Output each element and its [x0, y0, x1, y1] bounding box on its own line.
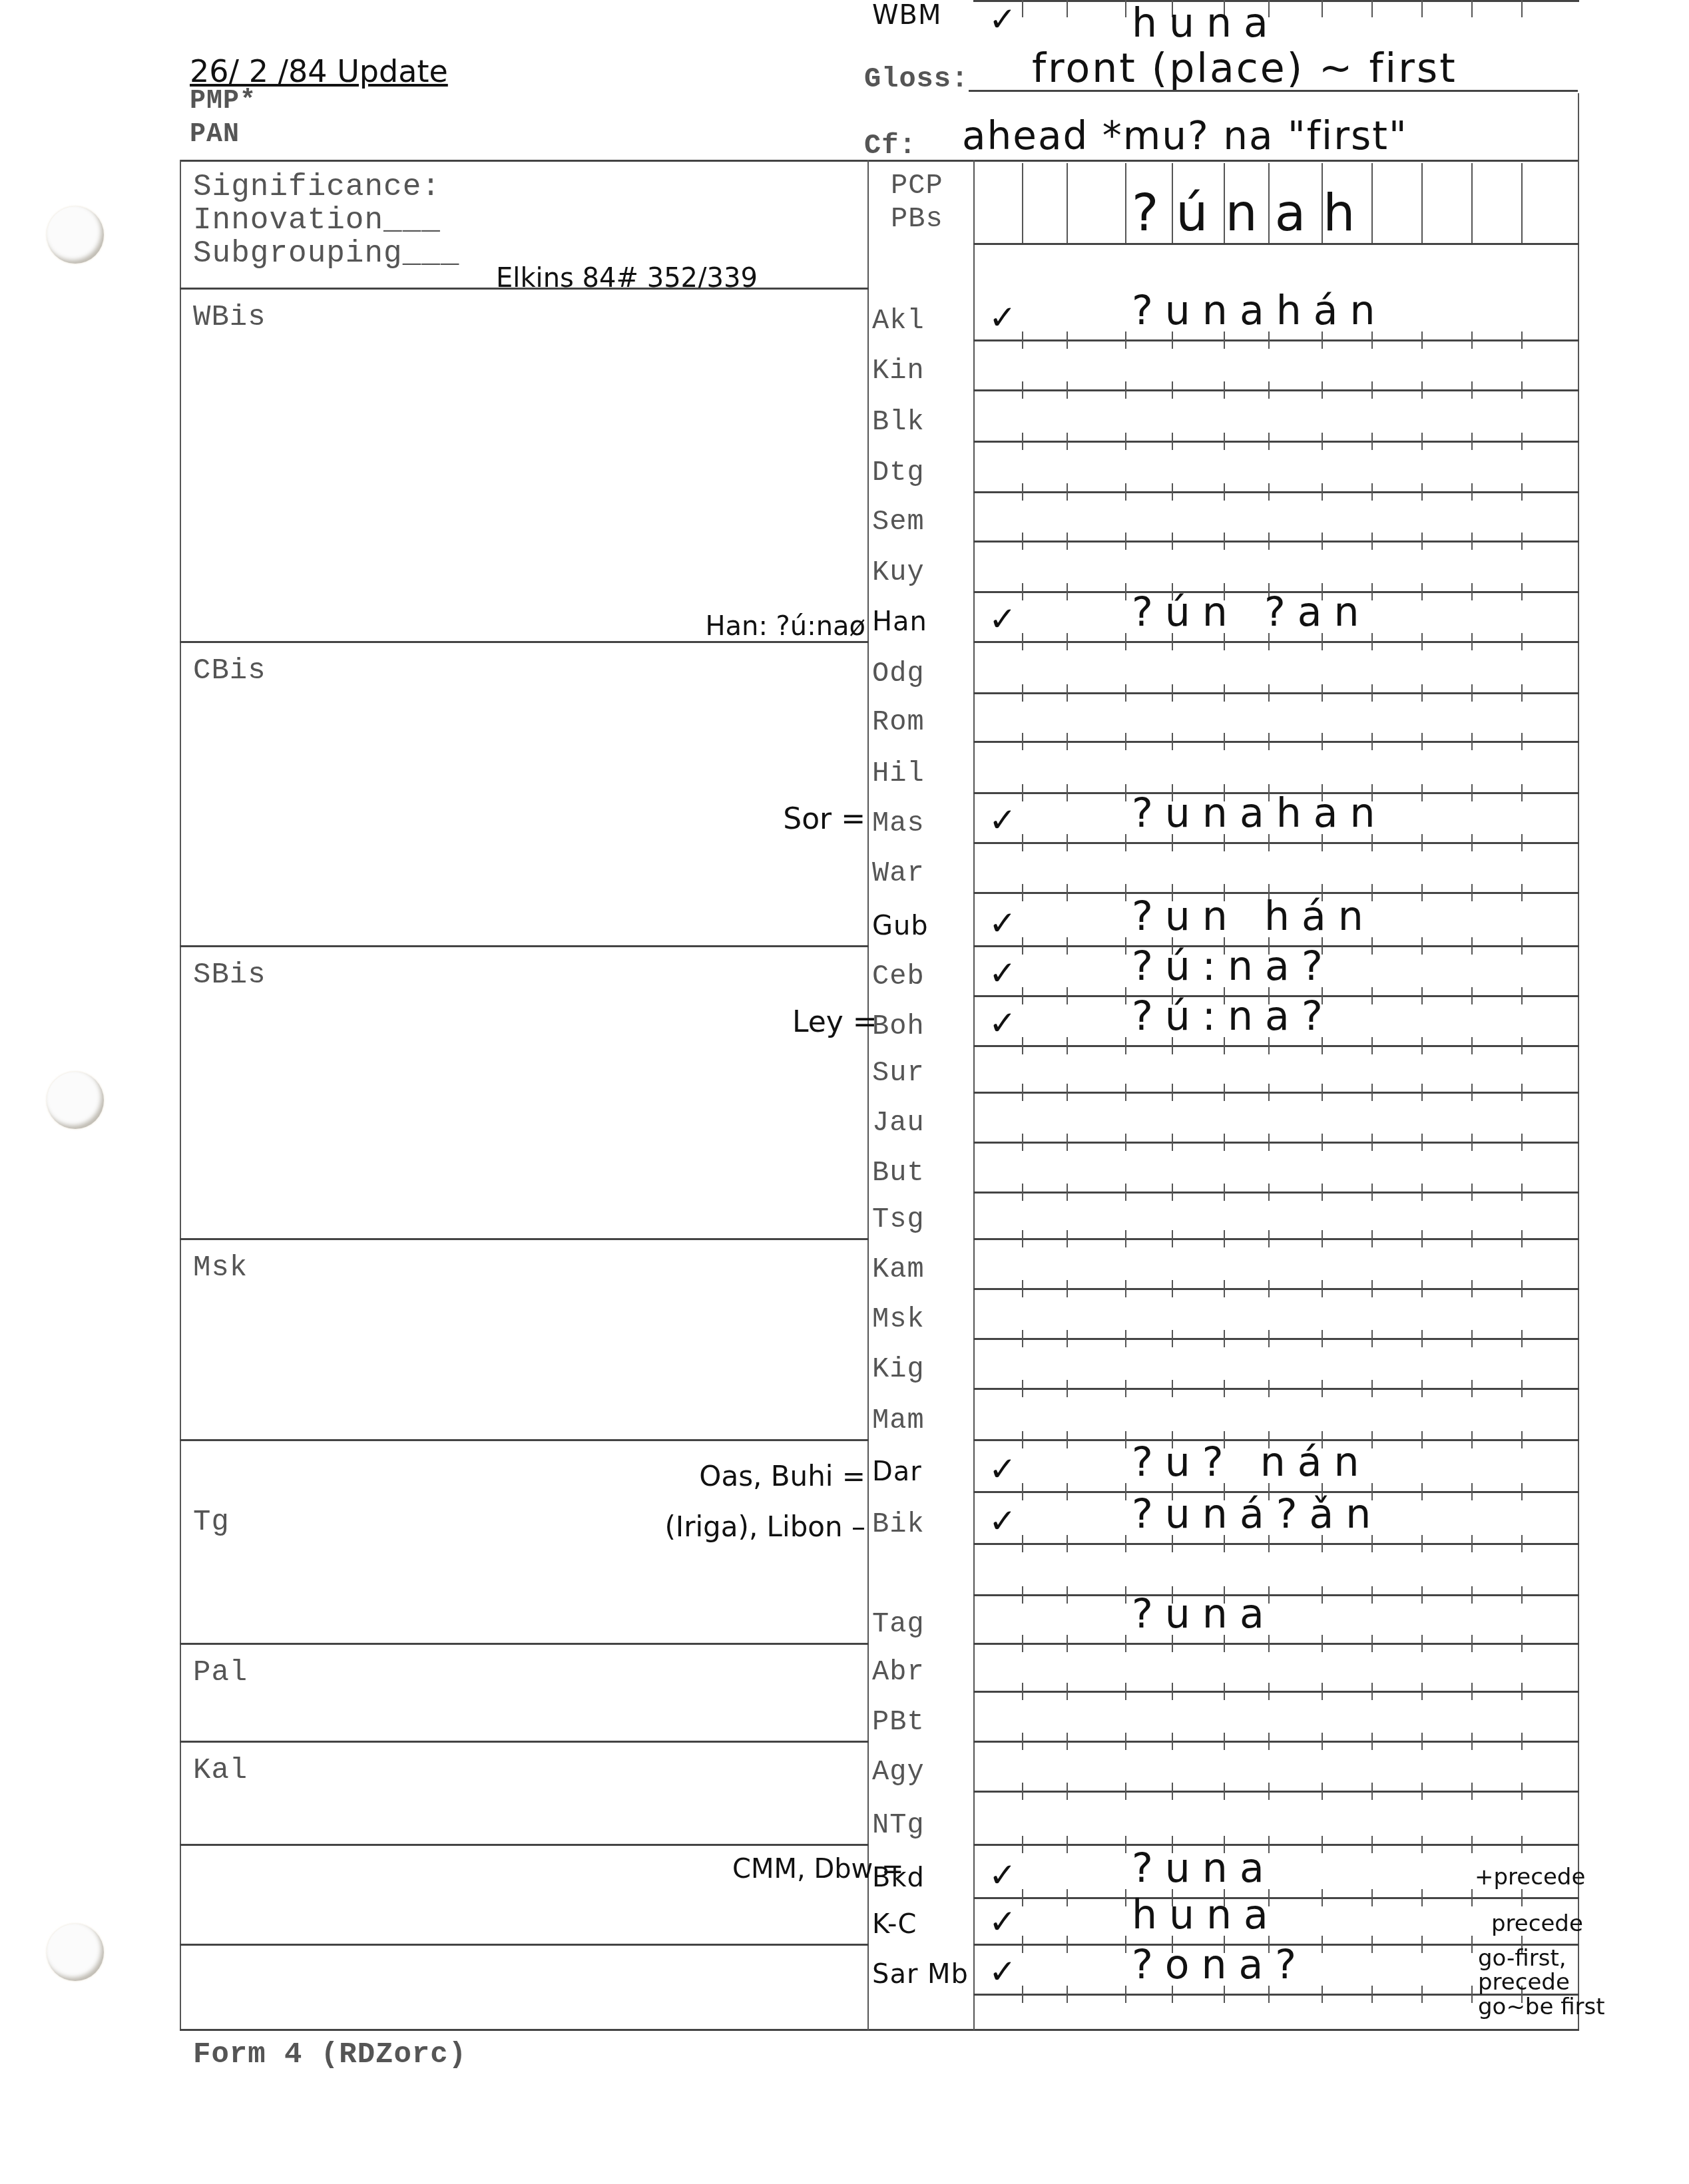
row-tick [1322, 483, 1323, 501]
row-tick [1125, 1936, 1126, 1953]
frame-top [180, 160, 1579, 162]
check-mark: ✓ [989, 1952, 1017, 1991]
row-tick [1067, 381, 1068, 399]
row-tick [1322, 381, 1323, 399]
row-tick [1521, 1733, 1523, 1750]
check-mark: ✓ [989, 1902, 1017, 1941]
row-tick [1322, 1084, 1323, 1101]
punch-hole-bottom [47, 1924, 104, 1981]
row-tick [1125, 1330, 1126, 1347]
section-label: SBis [193, 959, 266, 992]
row-line [973, 1643, 1579, 1645]
language-label: Tag [872, 1608, 972, 1640]
row-tick [1172, 1733, 1173, 1750]
row-tick [1022, 1783, 1023, 1800]
row-line [973, 1741, 1579, 1743]
language-label: K-C [872, 1909, 972, 1940]
row-tick [1067, 533, 1068, 550]
row-tick [1471, 987, 1473, 1004]
row-tick [1471, 1483, 1473, 1500]
row-tick [1224, 733, 1225, 750]
row-tick [1421, 1936, 1423, 1953]
margin-gloss-note: go-first, [1478, 1945, 1567, 1972]
language-label: Akl [872, 305, 972, 337]
language-label: Bik [872, 1508, 972, 1540]
gloss-value: front (place) ~ first [1032, 45, 1457, 92]
row-tick [1022, 433, 1023, 450]
subgrouping-field[interactable]: Subgrouping___ [193, 236, 459, 271]
row-line [973, 641, 1579, 643]
protoform-cell-divider [1224, 163, 1225, 243]
row-tick [1521, 1380, 1523, 1397]
row-tick [1371, 1330, 1373, 1347]
row-line [973, 1388, 1579, 1390]
language-label: Agy [872, 1756, 972, 1788]
check-mark: ✓ [989, 600, 1017, 638]
row-tick [1371, 1084, 1373, 1101]
row-tick [1022, 1535, 1023, 1552]
row-tick [1022, 684, 1023, 702]
section-label: Msk [193, 1251, 248, 1285]
row-tick [1421, 1483, 1423, 1500]
row-tick [1371, 483, 1373, 501]
reflex-form: huna [1132, 0, 1280, 47]
language-label: Mam [872, 1405, 972, 1436]
row-tick [1371, 1683, 1373, 1700]
row-tick [1022, 633, 1023, 650]
frame-right [1578, 93, 1579, 2030]
row-tick [1125, 1635, 1126, 1652]
row-tick [1022, 533, 1023, 550]
row-tick [1224, 1134, 1225, 1151]
reflex-form: ?ún ?an [1132, 589, 1371, 636]
row-tick [1371, 1380, 1373, 1397]
row-tick [1125, 1431, 1126, 1448]
row-tick [1022, 1836, 1023, 1853]
pmp-label: PMP* [190, 87, 256, 116]
form-footer: Form 4 (RDZorc) [193, 2038, 467, 2072]
row-tick [1268, 733, 1270, 750]
margin-gloss-note: precede [1478, 1969, 1570, 1996]
row-tick [1022, 937, 1023, 955]
row-tick [1172, 1184, 1173, 1201]
row-tick [1421, 1230, 1423, 1247]
language-label: Bkd [872, 1862, 972, 1893]
row-tick [1471, 381, 1473, 399]
row-tick [1421, 1586, 1423, 1604]
row-tick [1371, 433, 1373, 450]
row-tick [1421, 1535, 1423, 1552]
row-tick [1322, 1889, 1323, 1906]
row-tick [1067, 834, 1068, 851]
row-tick [1371, 1635, 1373, 1652]
row-line [973, 1045, 1579, 1047]
language-label: Mas [872, 807, 972, 839]
row-tick [1224, 533, 1225, 550]
row-tick [1172, 381, 1173, 399]
reflex-form: ?un hán [1132, 893, 1375, 940]
row-tick [1471, 1084, 1473, 1101]
language-label: Msk [872, 1303, 972, 1335]
row-tick [1125, 1783, 1126, 1800]
row-tick [1125, 937, 1126, 955]
row-line [973, 1338, 1579, 1340]
row-tick [1421, 1330, 1423, 1347]
row-tick [1172, 1330, 1173, 1347]
row-tick [1172, 433, 1173, 450]
language-label: Dar [872, 1456, 972, 1487]
row-tick [1471, 1635, 1473, 1652]
innovation-field[interactable]: Innovation___ [193, 203, 441, 238]
row-tick [1125, 1280, 1126, 1297]
row-tick [1371, 1986, 1373, 2003]
row-tick [1022, 1084, 1023, 1101]
row-tick [1371, 1783, 1373, 1800]
row-tick [1521, 937, 1523, 955]
row-tick [1471, 633, 1473, 650]
row-tick [1022, 331, 1023, 349]
row-tick [1521, 1535, 1523, 1552]
language-label: Kam [872, 1253, 972, 1285]
row-tick [1421, 1134, 1423, 1151]
row-tick [1022, 987, 1023, 1004]
row-tick [1471, 1586, 1473, 1604]
row-tick [1172, 483, 1173, 501]
significance-bottom-line [180, 288, 869, 290]
row-tick [1521, 1230, 1523, 1247]
row-tick [1067, 1431, 1068, 1448]
row-tick [1125, 987, 1126, 1004]
row-tick [1022, 1380, 1023, 1397]
language-label: WBM [872, 0, 972, 31]
row-tick [1471, 1230, 1473, 1247]
row-tick [1521, 1280, 1523, 1297]
row-tick [1471, 1683, 1473, 1700]
row-tick [1067, 1635, 1068, 1652]
row-tick [1125, 1986, 1126, 2003]
row-tick [1421, 1280, 1423, 1297]
section-divider [180, 945, 869, 947]
row-tick [1067, 483, 1068, 501]
row-tick [1471, 1330, 1473, 1347]
gloss-underline [969, 90, 1578, 92]
check-mark: ✓ [989, 904, 1017, 943]
row-tick [1421, 633, 1423, 650]
language-label: But [872, 1157, 972, 1189]
row-tick [1125, 1683, 1126, 1700]
protoform-cell-divider [1421, 163, 1423, 243]
row-tick [1067, 1380, 1068, 1397]
row-tick [1067, 1037, 1068, 1054]
row-line [973, 1142, 1579, 1144]
row-tick [1322, 1836, 1323, 1853]
row-tick [1471, 331, 1473, 349]
row-tick [1224, 1380, 1225, 1397]
row-tick [1067, 1683, 1068, 1700]
row-tick [1125, 1733, 1126, 1750]
row-tick [1022, 1635, 1023, 1652]
row-tick [1067, 1330, 1068, 1347]
row-tick [1471, 1134, 1473, 1151]
row-tick [1421, 1184, 1423, 1201]
row-line [973, 541, 1579, 543]
check-mark: ✓ [989, 1004, 1017, 1042]
row-tick [1371, 1586, 1373, 1604]
row-line [973, 1691, 1579, 1693]
row-tick [1268, 1184, 1270, 1201]
row-tick [1224, 684, 1225, 702]
protoform-cell-divider [1471, 163, 1473, 243]
row-tick [1371, 987, 1373, 1004]
section-divider [180, 1238, 869, 1240]
row-tick [1125, 1084, 1126, 1101]
row-tick [1521, 633, 1523, 650]
section-divider [180, 1643, 869, 1645]
reflex-form: ?unahan [1132, 790, 1387, 837]
row-tick [1521, 331, 1523, 349]
row-tick [1421, 1380, 1423, 1397]
row-tick [1471, 1936, 1473, 1953]
row-tick [1471, 1380, 1473, 1397]
row-tick [1172, 1084, 1173, 1101]
row-tick [1268, 533, 1270, 550]
row-tick [1521, 1683, 1523, 1700]
protoform-cell-divider [1521, 163, 1523, 243]
row-tick [1371, 733, 1373, 750]
row-line [973, 1543, 1579, 1545]
row-tick [1471, 1431, 1473, 1448]
row-tick [1322, 1280, 1323, 1297]
row-tick [1125, 1380, 1126, 1397]
protoform-cell-divider [1172, 163, 1173, 243]
row-tick [1421, 1683, 1423, 1700]
row-tick [1471, 884, 1473, 901]
row-tick [1421, 1431, 1423, 1448]
punch-hole-top [47, 206, 104, 264]
row-tick [1125, 1836, 1126, 1853]
section-divider [180, 1439, 869, 1441]
row-tick [1022, 1134, 1023, 1151]
row-tick [1371, 1836, 1373, 1853]
check-mark: ✓ [989, 0, 1017, 39]
row-tick [1224, 381, 1225, 399]
check-mark: ✓ [989, 954, 1017, 992]
margin-gloss-note: go~be first [1478, 1994, 1605, 2020]
row-tick [1471, 1037, 1473, 1054]
punch-hole-middle [47, 1072, 104, 1129]
row-tick [1067, 784, 1068, 801]
row-tick [1371, 1280, 1373, 1297]
row-tick [1371, 533, 1373, 550]
reflex-form: ?ona? [1132, 1942, 1308, 1988]
row-tick [1521, 1431, 1523, 1448]
row-tick [1421, 331, 1423, 349]
row-tick [1067, 1986, 1068, 2003]
date-update: 26/ 2 /84 Update [190, 53, 448, 89]
language-label: Abr [872, 1656, 972, 1688]
row-tick [1067, 633, 1068, 650]
row-tick [1521, 733, 1523, 750]
section-label: CBis [193, 654, 266, 688]
section-label: Pal [193, 1656, 248, 1689]
row-tick [1125, 433, 1126, 450]
language-label: Jau [872, 1107, 972, 1139]
row-tick [1371, 684, 1373, 702]
row-tick [1471, 784, 1473, 801]
row-tick [1224, 433, 1225, 450]
row-tick [1125, 533, 1126, 550]
pan-label: PAN [190, 120, 240, 150]
row-tick [1322, 1230, 1323, 1247]
protoform-box-bottom [973, 243, 1579, 245]
row-tick [1022, 1280, 1023, 1297]
row-tick [1224, 1084, 1225, 1101]
row-tick [1125, 684, 1126, 702]
row-tick [1067, 1184, 1068, 1201]
row-tick [1125, 1184, 1126, 1201]
row-tick [1172, 1280, 1173, 1297]
row-tick [1172, 684, 1173, 702]
row-tick [1022, 1037, 1023, 1054]
reflex-form: ?una [1132, 1845, 1276, 1892]
row-tick [1521, 381, 1523, 399]
row-tick [1471, 483, 1473, 501]
language-label: Kig [872, 1353, 972, 1385]
row-tick [1125, 0, 1126, 17]
language-label: Gub [872, 911, 972, 941]
section-label: Tg [193, 1506, 230, 1539]
row-tick [1471, 1280, 1473, 1297]
divider-left-panel [867, 160, 869, 2030]
language-label: Rom [872, 706, 972, 738]
row-tick [1471, 1836, 1473, 1853]
row-tick [1322, 1936, 1323, 1953]
row-tick [1521, 784, 1523, 801]
language-label: Boh [872, 1010, 972, 1042]
row-tick [1022, 1330, 1023, 1347]
language-label: Odg [872, 658, 972, 690]
row-tick [1172, 733, 1173, 750]
row-tick [1067, 1936, 1068, 1953]
reflex-form: ?unahán [1132, 288, 1387, 334]
row-tick [1371, 1230, 1373, 1247]
section-label: Kal [193, 1754, 248, 1787]
check-mark: ✓ [989, 1856, 1017, 1894]
row-tick [1421, 684, 1423, 702]
row-tick [1521, 1483, 1523, 1500]
row-tick [1125, 1037, 1126, 1054]
row-tick [1172, 533, 1173, 550]
row-tick [1022, 583, 1023, 600]
row-tick [1224, 483, 1225, 501]
row-tick [1125, 633, 1126, 650]
significance-title: Significance: [193, 170, 441, 204]
row-tick [1022, 1431, 1023, 1448]
row-tick [1224, 1783, 1225, 1800]
row-tick [1125, 733, 1126, 750]
row-tick [1172, 1683, 1173, 1700]
row-tick [1421, 784, 1423, 801]
row-line [973, 1594, 1579, 1596]
row-line [973, 1791, 1579, 1793]
row-tick [1421, 1889, 1423, 1906]
row-tick [1022, 1936, 1023, 1953]
row-tick [1421, 381, 1423, 399]
section-divider [180, 1844, 869, 1846]
language-label: Sur [872, 1057, 972, 1089]
row-tick [1022, 1230, 1023, 1247]
row-tick [1322, 1586, 1323, 1604]
row-tick [1268, 1733, 1270, 1750]
row-tick [1268, 1330, 1270, 1347]
language-label: Tsg [872, 1203, 972, 1235]
row-line [973, 842, 1579, 844]
row-tick [1521, 483, 1523, 501]
row-tick [1268, 381, 1270, 399]
section-note: Oas, Buhi = (Iriga), Libon – [599, 1451, 865, 1552]
row-tick [1125, 1889, 1126, 1906]
reflex-form: ?ú:na? [1132, 993, 1335, 1040]
row-tick [1125, 381, 1126, 399]
row-tick [1421, 987, 1423, 1004]
language-label: NTg [872, 1809, 972, 1841]
row-tick [1067, 1134, 1068, 1151]
row-tick [1521, 533, 1523, 550]
section-label: WBis [193, 301, 266, 334]
row-line [973, 339, 1579, 341]
row-tick [1067, 1280, 1068, 1297]
row-tick [1471, 1733, 1473, 1750]
row-tick [1125, 583, 1126, 600]
row-tick [1471, 733, 1473, 750]
row-tick [1471, 1783, 1473, 1800]
language-label: PBt [872, 1706, 972, 1738]
row-tick [1471, 433, 1473, 450]
row-tick [1371, 1889, 1373, 1906]
row-line [973, 1844, 1579, 1846]
language-label: Han [872, 606, 972, 637]
row-tick [1067, 1586, 1068, 1604]
row-tick [1125, 884, 1126, 901]
row-tick [1322, 1683, 1323, 1700]
row-tick [1067, 733, 1068, 750]
row-tick [1322, 1330, 1323, 1347]
row-tick [1371, 1733, 1373, 1750]
row-tick [1521, 884, 1523, 901]
row-tick [1125, 784, 1126, 801]
row-tick [1268, 483, 1270, 501]
row-tick [1067, 1230, 1068, 1247]
row-tick [1521, 1586, 1523, 1604]
row-tick [1067, 1836, 1068, 1853]
row-tick [1022, 1889, 1023, 1906]
row-tick [1125, 834, 1126, 851]
section-note: Sor = [779, 802, 865, 836]
reflex-form: ?uná?ǎn [1132, 1491, 1383, 1538]
row-tick [1521, 1134, 1523, 1151]
row-tick [1125, 331, 1126, 349]
row-tick [1322, 0, 1323, 17]
row-tick [1067, 1889, 1068, 1906]
check-mark: ✓ [989, 298, 1017, 337]
row-tick [1371, 583, 1373, 600]
reflex-form: ?una [1132, 1591, 1276, 1638]
row-tick [1521, 433, 1523, 450]
protoform-cell-divider [1322, 163, 1323, 243]
row-tick [1471, 1889, 1473, 1906]
row-tick [1268, 684, 1270, 702]
row-tick [1125, 483, 1126, 501]
